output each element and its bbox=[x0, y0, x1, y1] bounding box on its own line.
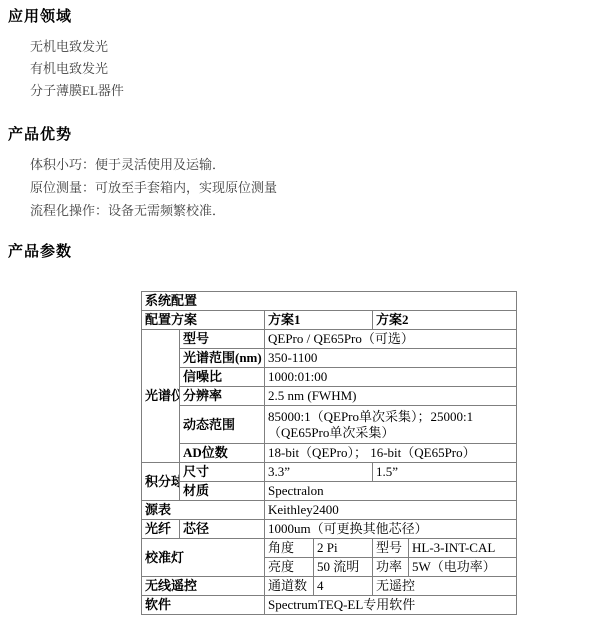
label-core-diameter: 芯径 bbox=[180, 520, 265, 539]
label-model: 型号 bbox=[180, 330, 265, 349]
label-ad-bits: AD位数 bbox=[180, 444, 265, 463]
value-resolution: 2.5 nm (FWHM) bbox=[265, 387, 517, 406]
list-item: 体积小巧：便于灵活使用及运输． bbox=[30, 153, 595, 176]
group-integrating-sphere: 积分球 bbox=[142, 463, 180, 501]
col-header-plan1: 方案1 bbox=[265, 311, 373, 330]
value-dynamic-range: 85000:1（QEPro单次采集）；25000:1（QE65Pro单次采集） bbox=[265, 406, 517, 444]
table-row: 软件 SpectrumTEQ-EL专用软件 bbox=[142, 596, 517, 615]
section-parameters: 产品参数 系统配置 配置方案 方案1 方案2 光谱仪 型号 Q bbox=[0, 222, 595, 615]
list-item: 原位测量：可放至手套箱内，实现原位测量 bbox=[30, 176, 595, 199]
spec-table: 系统配置 配置方案 方案1 方案2 光谱仪 型号 QEPro / QE65Pro… bbox=[141, 291, 517, 615]
label-size: 尺寸 bbox=[180, 463, 265, 482]
section-application: 应用领域 无机电致发光 有机电致发光 分子薄膜EL器件 bbox=[0, 0, 595, 102]
label-dynamic-range: 动态范围 bbox=[180, 406, 265, 444]
value-size-plan1: 3.3” bbox=[265, 463, 373, 482]
label-channels: 通道数 bbox=[265, 577, 314, 596]
label-snr: 信噪比 bbox=[180, 368, 265, 387]
label-power: 功率 bbox=[373, 558, 409, 577]
table-title: 系统配置 bbox=[142, 292, 517, 311]
label-angle: 角度 bbox=[265, 539, 314, 558]
list-item: 有机电致发光 bbox=[30, 58, 595, 80]
label-resolution: 分辨率 bbox=[180, 387, 265, 406]
value-snr: 1000:01:00 bbox=[265, 368, 517, 387]
col-header-config: 配置方案 bbox=[142, 311, 265, 330]
group-fiber: 光纤 bbox=[142, 520, 180, 539]
label-lamp-model: 型号 bbox=[373, 539, 409, 558]
section-heading-parameters: 产品参数 bbox=[8, 222, 595, 261]
value-core-diameter: 1000um（可更换其他芯径） bbox=[265, 520, 517, 539]
value-ad-bits: 18-bit（QEPro）； 16-bit（QE65Pro） bbox=[265, 444, 517, 463]
value-angle: 2 Pi bbox=[314, 539, 373, 558]
section-advantages: 产品优势 体积小巧：便于灵活使用及运输． 原位测量：可放至手套箱内，实现原位测量… bbox=[0, 102, 595, 222]
table-row: 校准灯 角度 2 Pi 型号 HL-3-INT-CAL bbox=[142, 539, 517, 558]
value-channels: 4 bbox=[314, 577, 373, 596]
table-row: 信噪比 1000:01:00 bbox=[142, 368, 517, 387]
table-row: 配置方案 方案1 方案2 bbox=[142, 311, 517, 330]
group-software: 软件 bbox=[142, 596, 265, 615]
value-brightness: 50 流明 bbox=[314, 558, 373, 577]
table-row: 光纤 芯径 1000um（可更换其他芯径） bbox=[142, 520, 517, 539]
table-row: 积分球 尺寸 3.3” 1.5” bbox=[142, 463, 517, 482]
value-spectral-range: 350-1100 bbox=[265, 349, 517, 368]
group-cal-lamp: 校准灯 bbox=[142, 539, 265, 577]
table-row: 无线遥控 通道数 4 无遥控 bbox=[142, 577, 517, 596]
table-row: 动态范围 85000:1（QEPro单次采集）；25000:1（QE65Pro单… bbox=[142, 406, 517, 444]
table-row: 源表 Keithley2400 bbox=[142, 501, 517, 520]
value-model: QEPro / QE65Pro（可选） bbox=[265, 330, 517, 349]
label-source-meter: 源表 bbox=[142, 501, 265, 520]
document-page: 应用领域 无机电致发光 有机电致发光 分子薄膜EL器件 产品优势 体积小巧：便于… bbox=[0, 0, 595, 615]
table-row: 分辨率 2.5 nm (FWHM) bbox=[142, 387, 517, 406]
value-software: SpectrumTEQ-EL专用软件 bbox=[265, 596, 517, 615]
group-wireless-remote: 无线遥控 bbox=[142, 577, 265, 596]
value-remote-plan2: 无遥控 bbox=[373, 577, 517, 596]
table-row: 系统配置 bbox=[142, 292, 517, 311]
section-heading-advantages: 产品优势 bbox=[8, 102, 595, 144]
list-item: 分子薄膜EL器件 bbox=[30, 80, 595, 102]
value-size-plan2: 1.5” bbox=[373, 463, 517, 482]
value-material: Spectralon bbox=[265, 482, 517, 501]
section-heading-application: 应用领域 bbox=[8, 0, 595, 26]
table-row: 材质 Spectralon bbox=[142, 482, 517, 501]
value-power: 5W（电功率） bbox=[409, 558, 517, 577]
value-lamp-model: HL-3-INT-CAL bbox=[409, 539, 517, 558]
application-list: 无机电致发光 有机电致发光 分子薄膜EL器件 bbox=[0, 36, 595, 102]
label-spectral-range: 光谱范围(nm) bbox=[180, 349, 265, 368]
label-brightness: 亮度 bbox=[265, 558, 314, 577]
label-material: 材质 bbox=[180, 482, 265, 501]
list-item: 无机电致发光 bbox=[30, 36, 595, 58]
advantages-list: 体积小巧：便于灵活使用及运输． 原位测量：可放至手套箱内，实现原位测量 流程化操… bbox=[0, 153, 595, 222]
group-spectrometer: 光谱仪 bbox=[142, 330, 180, 463]
value-source-meter: Keithley2400 bbox=[265, 501, 517, 520]
table-row: AD位数 18-bit（QEPro）； 16-bit（QE65Pro） bbox=[142, 444, 517, 463]
col-header-plan2: 方案2 bbox=[373, 311, 517, 330]
list-item: 流程化操作：设备无需频繁校准． bbox=[30, 199, 595, 222]
table-row: 光谱范围(nm) 350-1100 bbox=[142, 349, 517, 368]
table-row: 光谱仪 型号 QEPro / QE65Pro（可选） bbox=[142, 330, 517, 349]
